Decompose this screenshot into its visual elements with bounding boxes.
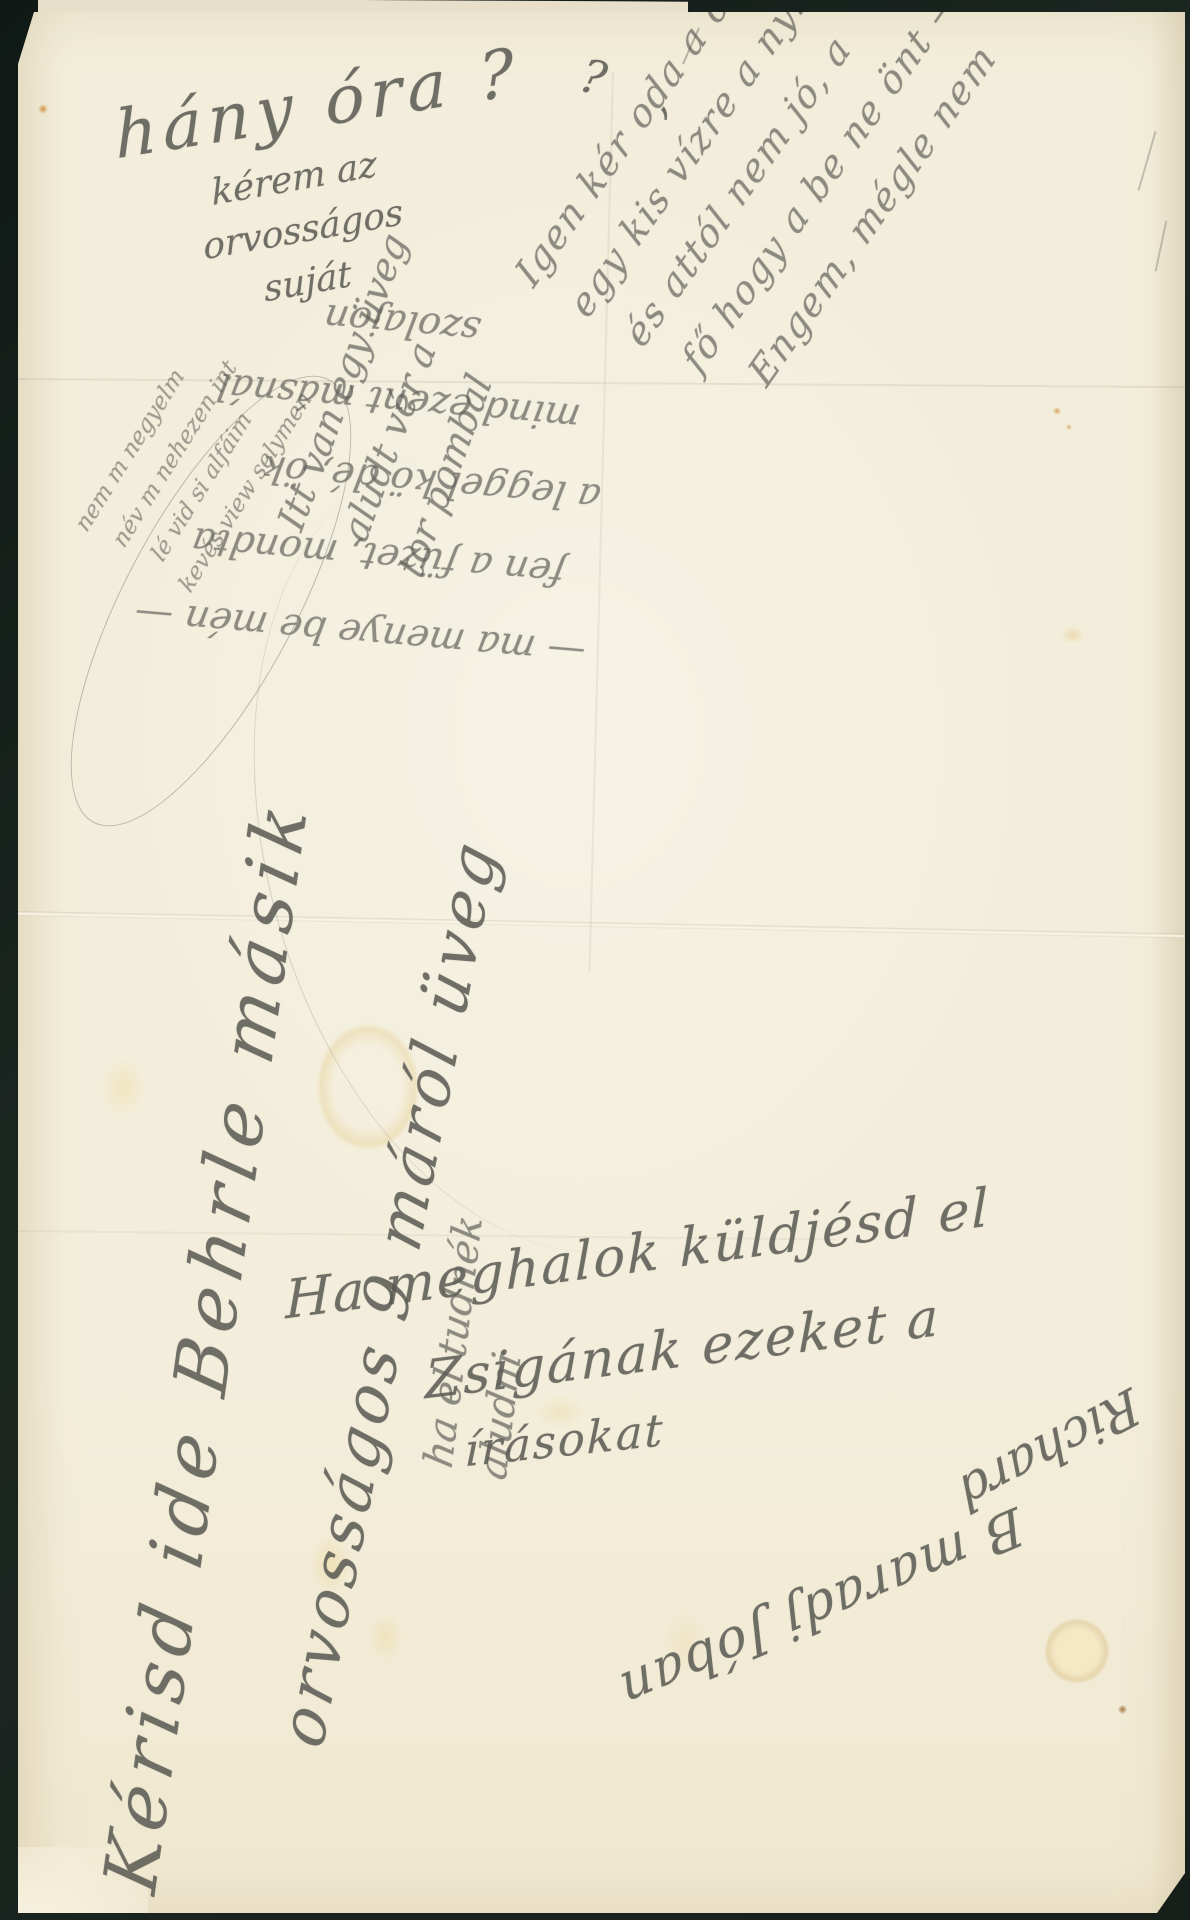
handwriting-line-signature-2: Richard [950,1376,1148,1524]
stain [38,104,48,114]
pencil-stroke [1137,131,1156,191]
stain [1118,1705,1127,1714]
scanned-letter-canvas: hány óra ? ? , kérem az orvosságos suját… [0,0,1190,1920]
pencil-stroke [1155,220,1168,271]
stain [1058,624,1088,646]
stain [363,1607,408,1667]
question-mark: ? [575,48,612,106]
stain [1053,407,1061,415]
stain [93,1047,153,1127]
letter-paper: hány óra ? ? , kérem az orvosságos suját… [18,12,1185,1913]
stain [1038,1612,1116,1690]
stain [1066,424,1072,430]
handwriting-block-upside-down: — ma menye be mén — fen a füzet, mondta … [20,258,646,692]
